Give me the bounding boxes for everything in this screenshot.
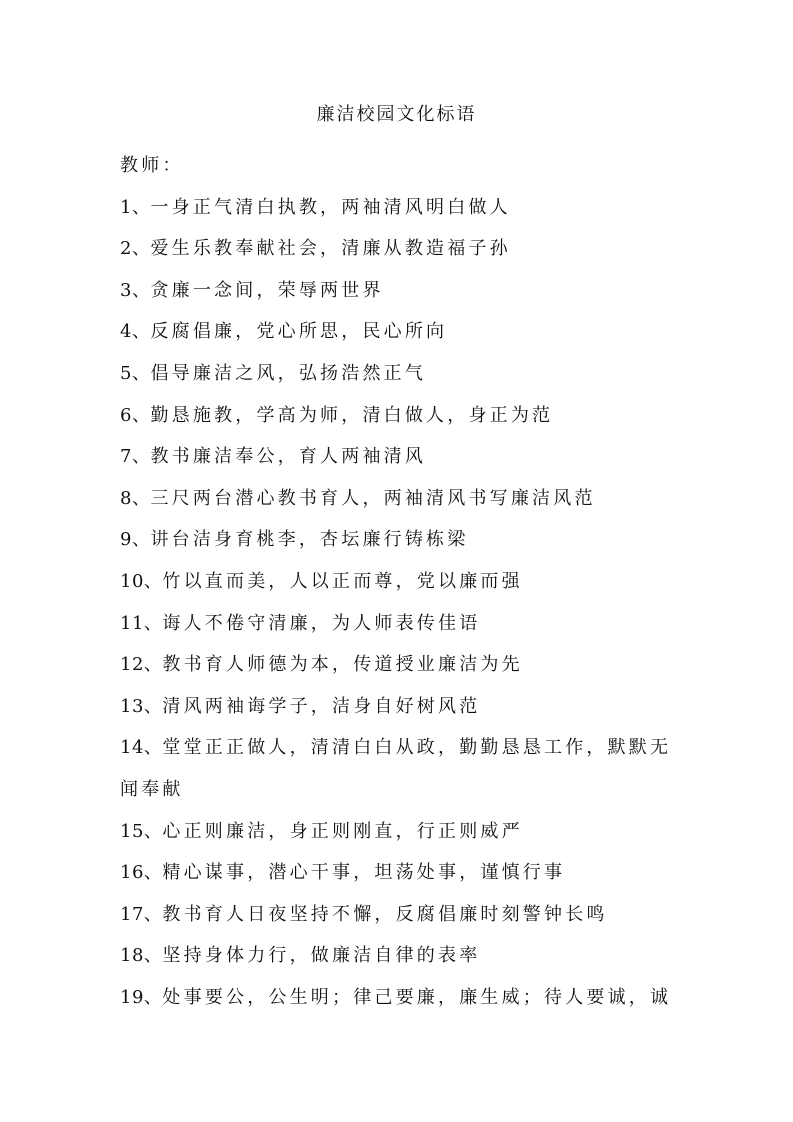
slogan-item-9: 9、讲台洁身育桃李，杏坛廉行铸栋梁 <box>120 519 680 561</box>
item-number: 17、 <box>120 904 162 925</box>
item-text: 爱生乐教奉献社会，清廉从教造福子孙 <box>150 238 510 259</box>
item-number: 6、 <box>120 405 150 426</box>
item-text: 倡导廉洁之风，弘扬浩然正气 <box>150 363 426 384</box>
item-number: 7、 <box>120 446 150 467</box>
item-text: 坚持身体力行，做廉洁自律的表率 <box>162 945 480 966</box>
slogan-item-7: 7、教书廉洁奉公，育人两袖清风 <box>120 436 680 478</box>
item-number: 2、 <box>120 238 150 259</box>
item-text: 处事要公，公生明；律己要廉，廉生威；待人要诚，诚 <box>162 987 671 1008</box>
item-number: 3、 <box>120 280 150 301</box>
slogan-item-13: 13、清风两袖诲学子，洁身自好树风范 <box>120 686 680 728</box>
document-page: 廉洁校园文化标语 教师： 1、一身正气清白执教，两袖清风明白做人 2、爱生乐教奉… <box>0 0 793 1122</box>
item-number: 15、 <box>120 821 162 842</box>
item-text: 教书育人日夜坚持不懈，反腐倡廉时刻警钟长鸣 <box>162 904 607 925</box>
item-text: 教书廉洁奉公，育人两袖清风 <box>150 446 426 467</box>
item-text: 精心谋事，潜心干事，坦荡处事，谨慎行事 <box>162 862 565 883</box>
item-text: 三尺两台潜心教书育人，两袖清风书写廉洁风范 <box>150 488 595 509</box>
slogan-item-11: 11、诲人不倦守清廉，为人师表传佳语 <box>120 603 680 645</box>
item-text: 诲人不倦守清廉，为人师表传佳语 <box>162 613 480 634</box>
item-text: 清风两袖诲学子，洁身自好树风范 <box>162 696 480 717</box>
item-text: 反腐倡廉，党心所思，民心所向 <box>150 321 447 342</box>
document-body: 教师： 1、一身正气清白执教，两袖清风明白做人 2、爱生乐教奉献社会，清廉从教造… <box>120 145 680 1018</box>
item-text: 贪廉一念间，荣辱两世界 <box>150 280 383 301</box>
item-text: 心正则廉洁，身正则刚直，行正则威严 <box>162 821 522 842</box>
document-title: 廉洁校园文化标语 <box>0 103 793 127</box>
item-number: 16、 <box>120 862 162 883</box>
slogan-item-1: 1、一身正气清白执教，两袖清风明白做人 <box>120 187 680 229</box>
item-number: 9、 <box>120 529 150 550</box>
section-heading: 教师： <box>120 145 680 187</box>
slogan-item-5: 5、倡导廉洁之风，弘扬浩然正气 <box>120 353 680 395</box>
slogan-item-15: 15、心正则廉洁，身正则刚直，行正则威严 <box>120 811 680 853</box>
slogan-item-3: 3、贪廉一念间，荣辱两世界 <box>120 270 680 312</box>
slogan-item-16: 16、精心谋事，潜心干事，坦荡处事，谨慎行事 <box>120 852 680 894</box>
item-text: 堂堂正正做人，清清白白从政，勤勤恳恳工作，默默无 <box>162 737 671 758</box>
slogan-item-2: 2、爱生乐教奉献社会，清廉从教造福子孙 <box>120 228 680 270</box>
slogan-item-10: 10、竹以直而美，人以正而尊，党以廉而强 <box>120 561 680 603</box>
item-number: 19、 <box>120 987 162 1008</box>
item-text: 竹以直而美，人以正而尊，党以廉而强 <box>162 571 522 592</box>
item-number: 8、 <box>120 488 150 509</box>
item-number: 13、 <box>120 696 162 717</box>
slogan-item-8: 8、三尺两台潜心教书育人，两袖清风书写廉洁风范 <box>120 478 680 520</box>
item-number: 12、 <box>120 654 162 675</box>
slogan-item-19: 19、处事要公，公生明；律己要廉，廉生威；待人要诚，诚 <box>120 977 680 1019</box>
slogan-item-14-continuation: 闻奉献 <box>120 769 680 811</box>
item-text: 一身正气清白执教，两袖清风明白做人 <box>150 197 510 218</box>
item-text: 教书育人师德为本，传道授业廉洁为先 <box>162 654 522 675</box>
item-number: 10、 <box>120 571 162 592</box>
slogan-item-17: 17、教书育人日夜坚持不懈，反腐倡廉时刻警钟长鸣 <box>120 894 680 936</box>
slogan-item-14: 14、堂堂正正做人，清清白白从政，勤勤恳恳工作，默默无 <box>120 727 680 769</box>
slogan-item-12: 12、教书育人师德为本，传道授业廉洁为先 <box>120 644 680 686</box>
slogan-item-6: 6、勤恳施教，学高为师，清白做人，身正为范 <box>120 395 680 437</box>
item-number: 1、 <box>120 197 150 218</box>
item-number: 18、 <box>120 945 162 966</box>
item-text: 勤恳施教，学高为师，清白做人，身正为范 <box>150 405 553 426</box>
slogan-item-18: 18、坚持身体力行，做廉洁自律的表率 <box>120 935 680 977</box>
slogan-item-4: 4、反腐倡廉，党心所思，民心所向 <box>120 311 680 353</box>
item-text: 讲台洁身育桃李，杏坛廉行铸栋梁 <box>150 529 468 550</box>
item-number: 5、 <box>120 363 150 384</box>
item-number: 11、 <box>120 613 162 634</box>
item-number: 14、 <box>120 737 162 758</box>
item-number: 4、 <box>120 321 150 342</box>
